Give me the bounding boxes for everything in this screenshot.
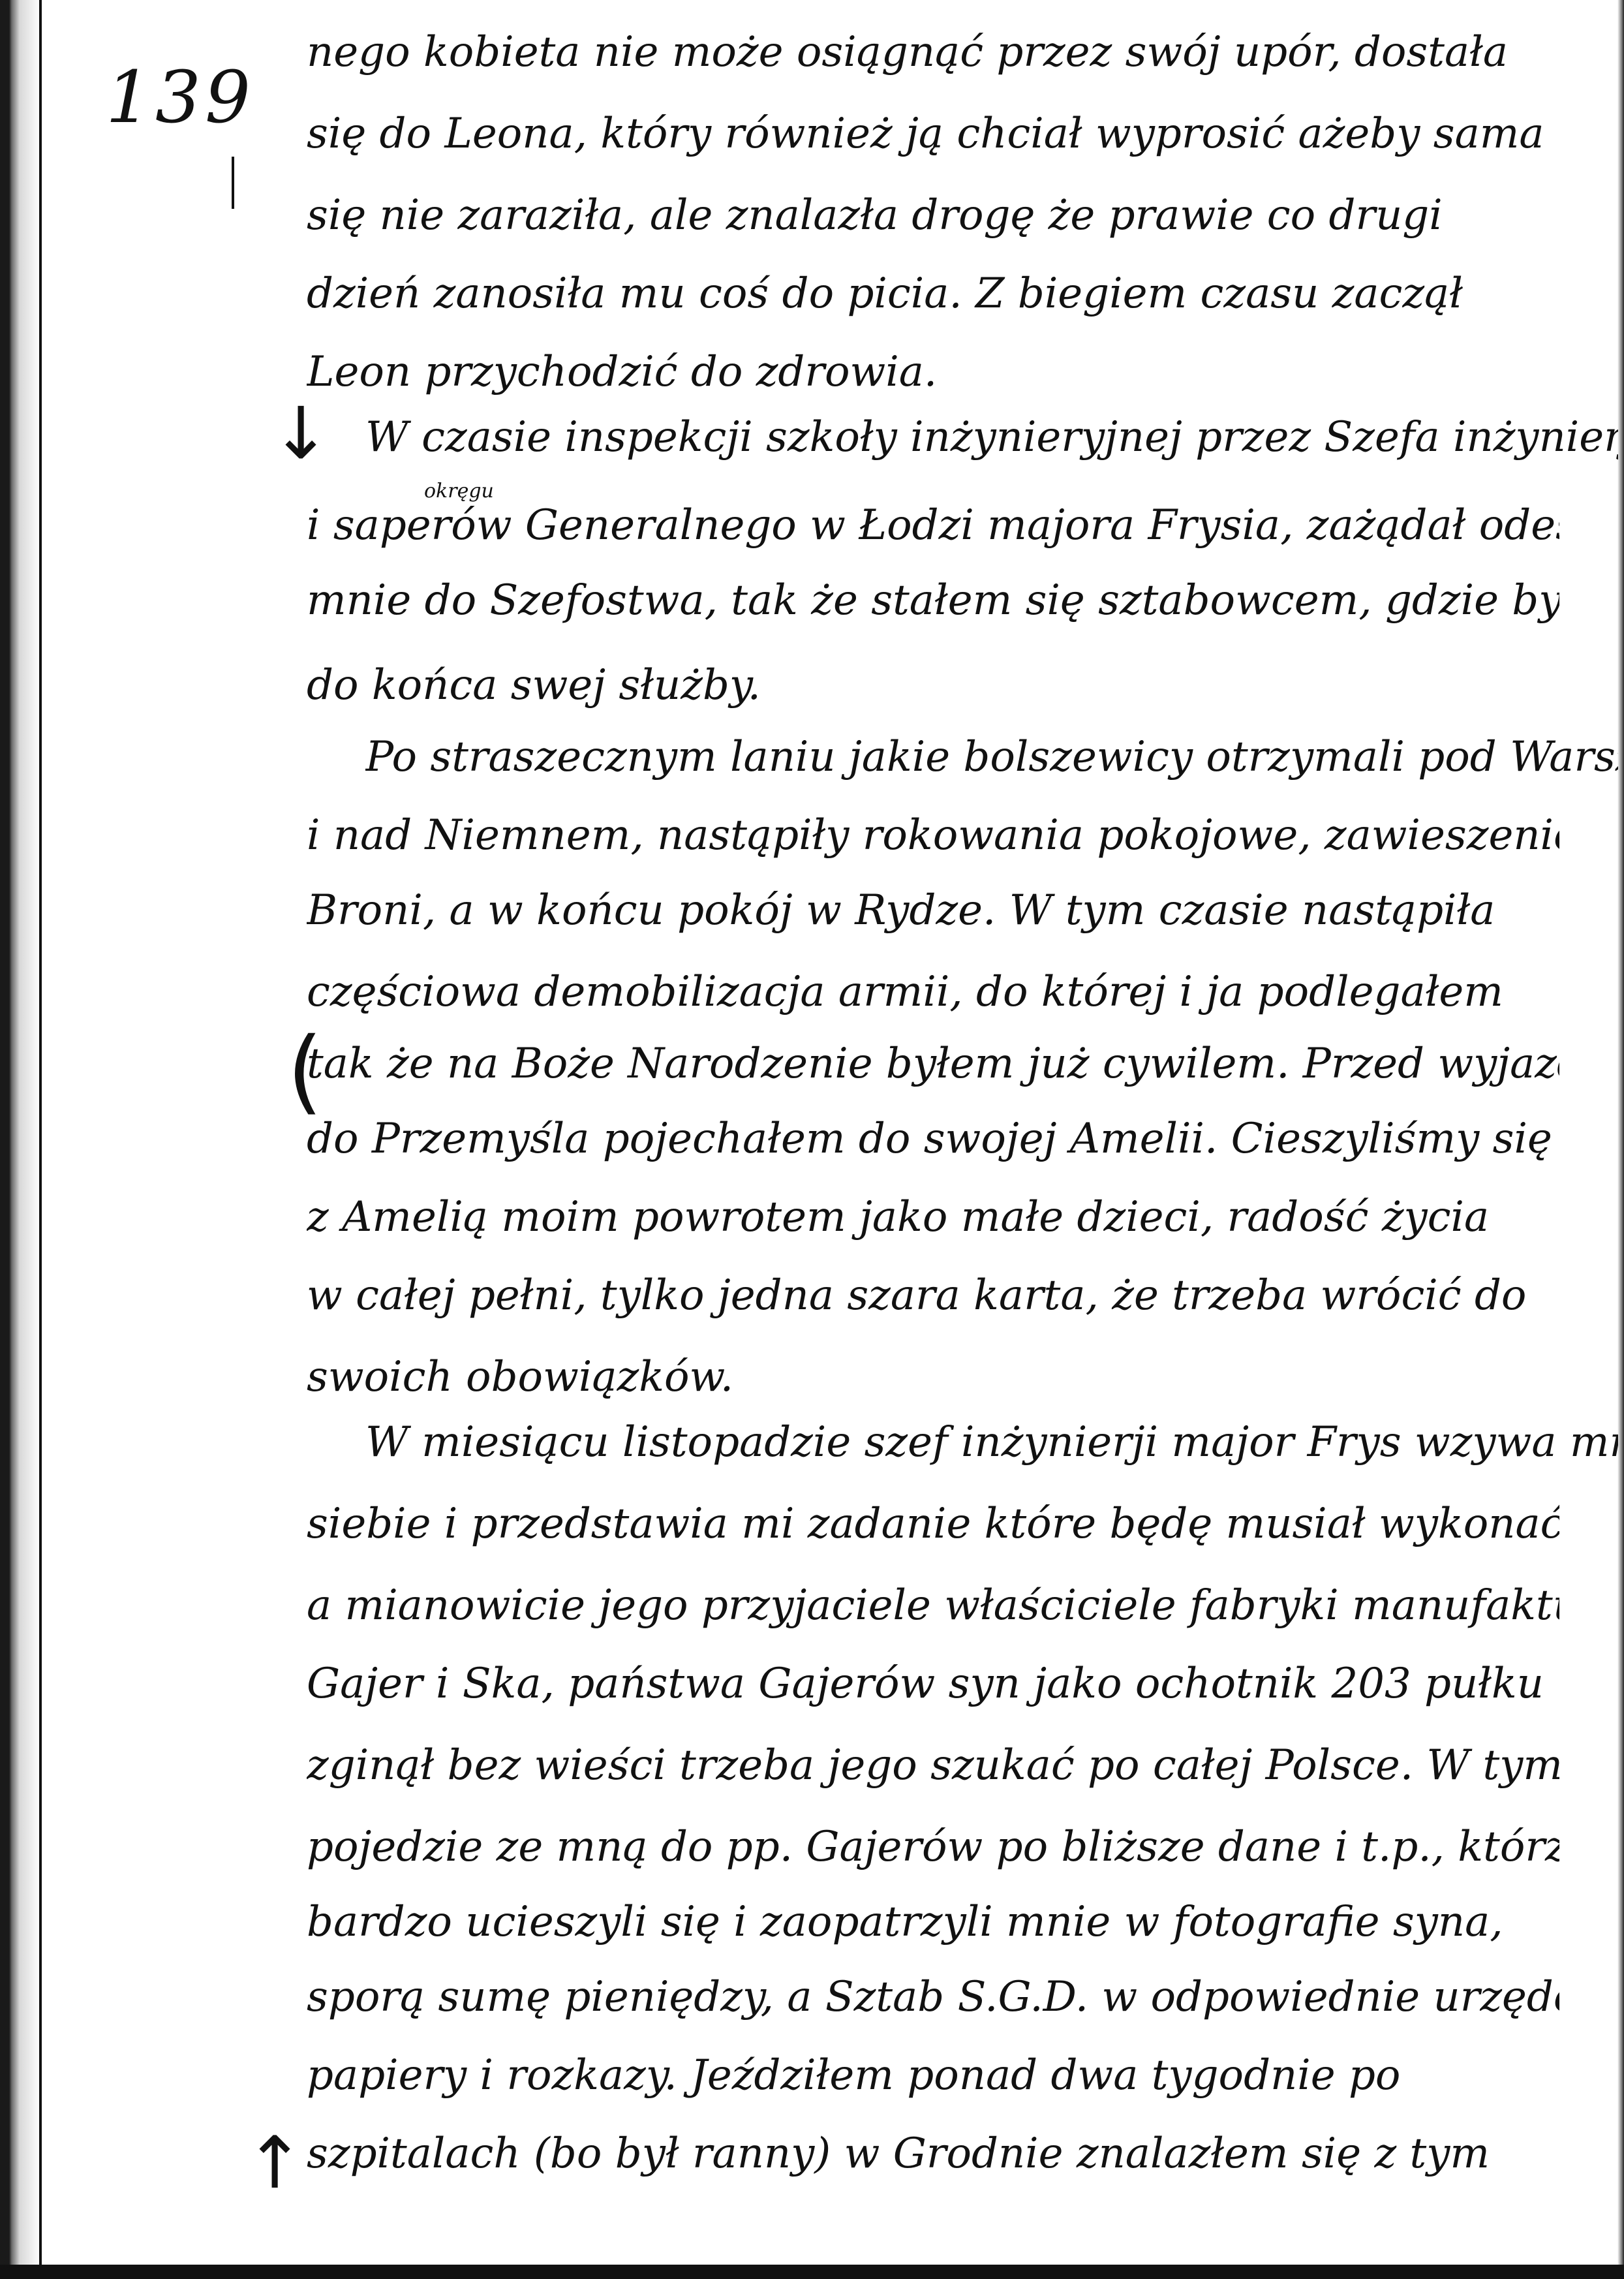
text-line: szpitalach (bo był ranny) w Grodnie znal… — [307, 2128, 1559, 2180]
text-line: w całej pełni, tylko jedna szara karta, … — [307, 1269, 1559, 1322]
text-line: zginął bez wieści trzeba jego szukać po … — [307, 1739, 1559, 1791]
text-line: się do Leona, który również ją chciał wy… — [307, 108, 1559, 160]
text-line: Leon przychodzić do zdrowia. — [307, 346, 1559, 398]
scan-left-edge — [0, 0, 40, 2279]
text-line: dzień zanosiła mu coś do picia. Z biegie… — [307, 268, 1559, 320]
text-line: bardzo ucieszyli się i zaopatrzyli mnie … — [307, 1896, 1559, 1948]
text-line: z Amelią moim powrotem jako małe dzieci,… — [307, 1191, 1559, 1243]
text-line: mnie do Szefostwa, tak że stałem się szt… — [307, 574, 1559, 627]
text-line: a mianowicie jego przyjaciele właściciel… — [307, 1579, 1559, 1632]
text-line: siebie i przedstawia mi zadanie które bę… — [307, 1498, 1559, 1550]
text-line: Gajer i Ska, państwa Gajerów syn jako oc… — [307, 1658, 1559, 1710]
text-line: swoich obowiązków. — [307, 1351, 1559, 1403]
text-line: papiery i rozkazy. Jeździłem ponad dwa t… — [307, 2049, 1559, 2101]
manuscript-page: 139 ↓ ( ↑ okręgu nego kobieta nie może o… — [0, 0, 1624, 2279]
binding-rule — [39, 0, 42, 2279]
text-line: i nad Niemnem, nastąpiły rokowania pokoj… — [307, 809, 1559, 861]
text-line: W czasie inspekcji szkoły inżynieryjnej … — [365, 411, 1618, 463]
scan-right-edge — [1617, 0, 1624, 2279]
text-line: do Przemyśla pojechałem do swojej Amelii… — [307, 1113, 1559, 1165]
down-arrow-mark: ↓ — [271, 392, 331, 475]
text-line: tak że na Boże Narodzenie byłem już cywi… — [307, 1038, 1559, 1090]
page-number: 139 — [106, 55, 254, 139]
text-line: sporą sumę pieniędzy, a Sztab S.G.D. w o… — [307, 1971, 1559, 2023]
text-line: Broni, a w końcu pokój w Rydze. W tym cz… — [307, 884, 1559, 937]
text-line: Po straszecznym laniu jakie bolszewicy o… — [365, 731, 1618, 783]
text-line: W miesiącu listopadzie szef inżynierji m… — [365, 1416, 1618, 1468]
up-arrow-mark: ↑ — [245, 2121, 305, 2205]
text-line: pojedzie ze mną do pp. Gajerów po bliższ… — [307, 1821, 1559, 1873]
text-line: częściowa demobilizacja armii, do której… — [307, 966, 1559, 1018]
text-line: się nie zaraziła, ale znalazła drogę że … — [307, 189, 1559, 241]
text-line: do końca swej służby. — [307, 659, 1559, 711]
vertical-bar-mark — [232, 157, 234, 209]
text-line: i saperów Generalnego w Łodzi majora Fry… — [307, 499, 1559, 551]
scan-bottom-edge — [0, 2265, 1624, 2279]
text-line: nego kobieta nie może osiągnąć przez swó… — [307, 26, 1559, 78]
